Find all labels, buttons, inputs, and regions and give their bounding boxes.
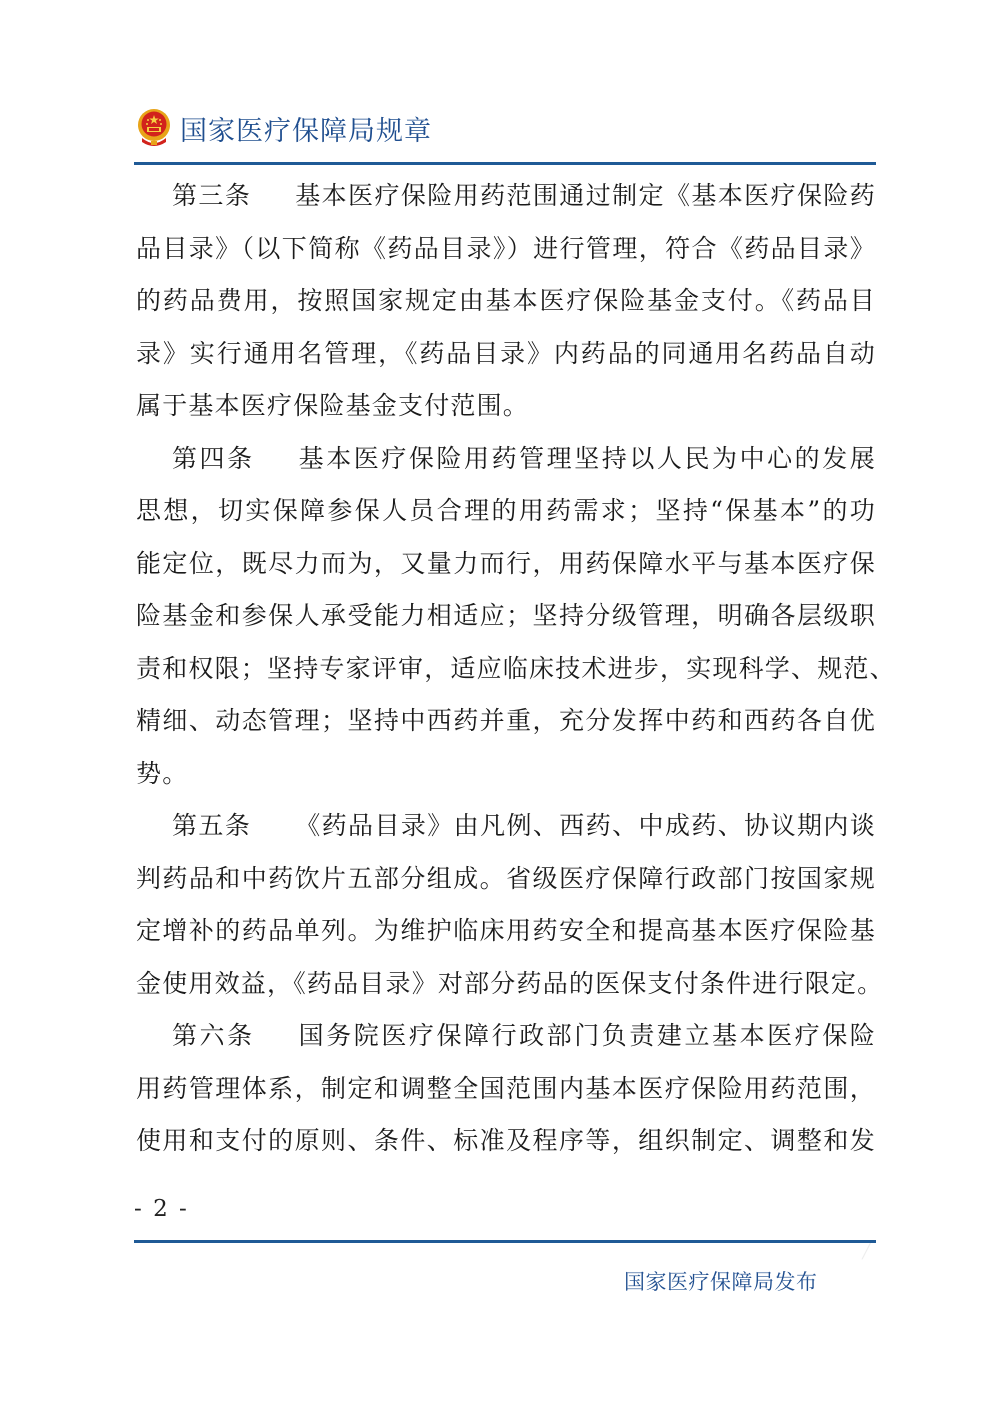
header-title: 国家医疗保障局规章	[180, 109, 432, 148]
article-number: 第三条	[172, 181, 251, 210]
article-number: 第五条	[172, 811, 251, 840]
document-body: 第三条基本医疗保险用药范围通过制定《基本医疗保险药 品目录》（以下简称《药品目录…	[136, 170, 876, 1168]
page-number: - 2 -	[134, 1196, 189, 1222]
header-divider	[134, 162, 876, 165]
watermark-mark: ╱	[862, 1244, 870, 1260]
article-number: 第六条	[172, 1021, 255, 1050]
article-5: 第五条《药品目录》由凡例、西药、中成药、协议期内谈 判药品和中药饮片五部分组成。…	[136, 800, 876, 1010]
article-3: 第三条基本医疗保险用药范围通过制定《基本医疗保险药 品目录》（以下简称《药品目录…	[136, 170, 876, 433]
article-4: 第四条基本医疗保险用药管理坚持以人民为中心的发展 思想，切实保障参保人员合理的用…	[136, 433, 876, 801]
national-emblem-icon	[136, 108, 172, 148]
page-header: 国家医疗保障局规章	[136, 104, 432, 152]
footer-divider	[134, 1240, 876, 1243]
document-page: 国家医疗保障局规章 第三条基本医疗保险用药范围通过制定《基本医疗保险药 品目录》…	[0, 0, 1000, 1414]
footer-publisher: 国家医疗保障局发布	[624, 1266, 818, 1296]
article-6: 第六条国务院医疗保障行政部门负责建立基本医疗保险 用药管理体系，制定和调整全国范…	[136, 1010, 876, 1168]
article-number: 第四条	[172, 444, 255, 473]
